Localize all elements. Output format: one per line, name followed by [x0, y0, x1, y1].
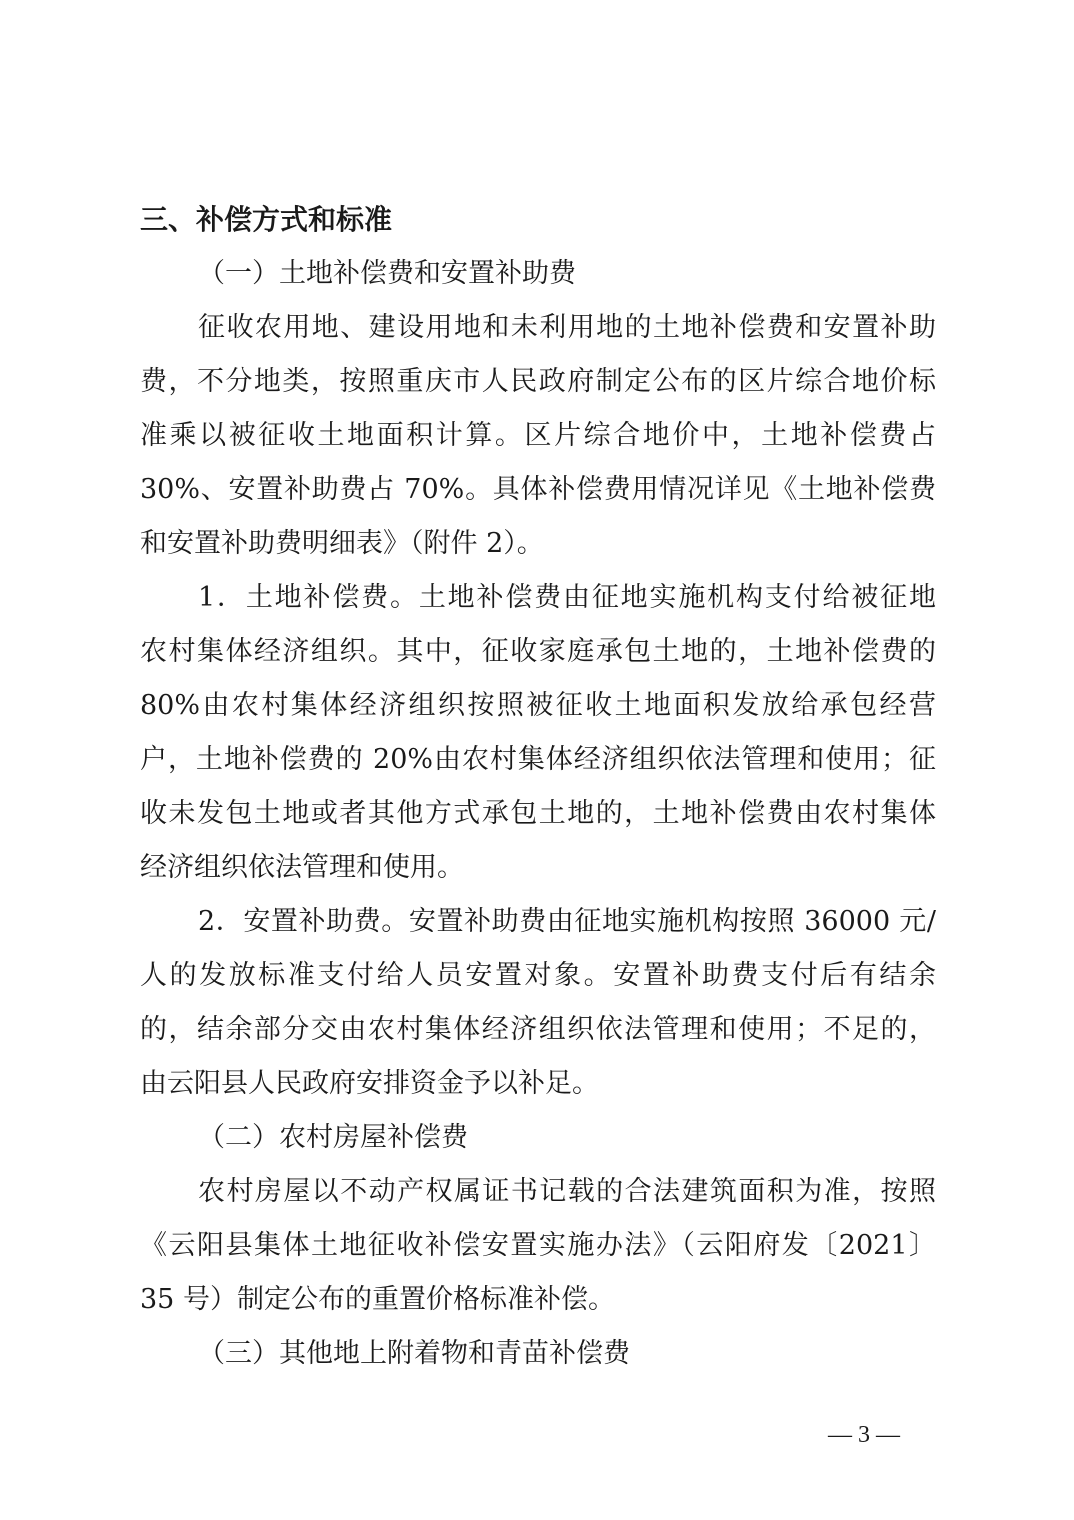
- paragraph-line: 征收农用地、建设用地和未利用地的土地补偿费和安置补助: [198, 314, 936, 341]
- paragraph-line: 户，土地补偿费的 20%由农村集体经济组织依法管理和使用；征: [140, 746, 936, 773]
- paragraph-line: 80%由农村集体经济组织按照被征收土地面积发放给承包经营: [140, 692, 936, 719]
- paragraph-line: 35 号）制定公布的重置价格标准补偿。: [140, 1286, 936, 1313]
- paragraph-line: 准乘以被征收土地面积计算。区片综合地价中，土地补偿费占: [140, 422, 936, 449]
- paragraph-line: 的，结余部分交由农村集体经济组织依法管理和使用；不足的，: [140, 1016, 936, 1043]
- paragraph-line: 收未发包土地或者其他方式承包土地的，土地补偿费由农村集体: [140, 800, 936, 827]
- paragraph-line: 《云阳县集体土地征收补偿安置实施办法》（云阳府发〔2021〕: [140, 1232, 936, 1259]
- document-page: 三、补偿方式和标准 （一）土地补偿费和安置补助费 征收农用地、建设用地和未利用地…: [0, 0, 1074, 1520]
- paragraph-line: 2．安置补助费。安置补助费由征地实施机构按照 36000 元/: [198, 908, 936, 935]
- subsection-heading: （一）土地补偿费和安置补助费: [198, 260, 936, 287]
- paragraph-line: 人的发放标准支付给人员安置对象。安置补助费支付后有结余: [140, 962, 936, 989]
- subsection-heading: （二）农村房屋补偿费: [198, 1124, 936, 1151]
- page-number: — 3 —: [828, 1423, 900, 1447]
- paragraph-line: 1．土地补偿费。土地补偿费由征地实施机构支付给被征地: [198, 584, 936, 611]
- paragraph-line: 30%、安置补助费占 70%。具体补偿费用情况详见《土地补偿费: [140, 476, 936, 503]
- paragraph-line: 农村集体经济组织。其中，征收家庭承包土地的，土地补偿费的: [140, 638, 936, 665]
- paragraph-line: 由云阳县人民政府安排资金予以补足。: [140, 1070, 936, 1097]
- paragraph-line: 费，不分地类，按照重庆市人民政府制定公布的区片综合地价标: [140, 368, 936, 395]
- subsection-heading: （三）其他地上附着物和青苗补偿费: [198, 1340, 936, 1367]
- paragraph-line: 和安置补助费明细表》（附件 2）。: [140, 530, 936, 557]
- paragraph-line: 农村房屋以不动产权属证书记载的合法建筑面积为准，按照: [198, 1178, 936, 1205]
- section-heading: 三、补偿方式和标准: [140, 206, 936, 233]
- paragraph-line: 经济组织依法管理和使用。: [140, 854, 936, 881]
